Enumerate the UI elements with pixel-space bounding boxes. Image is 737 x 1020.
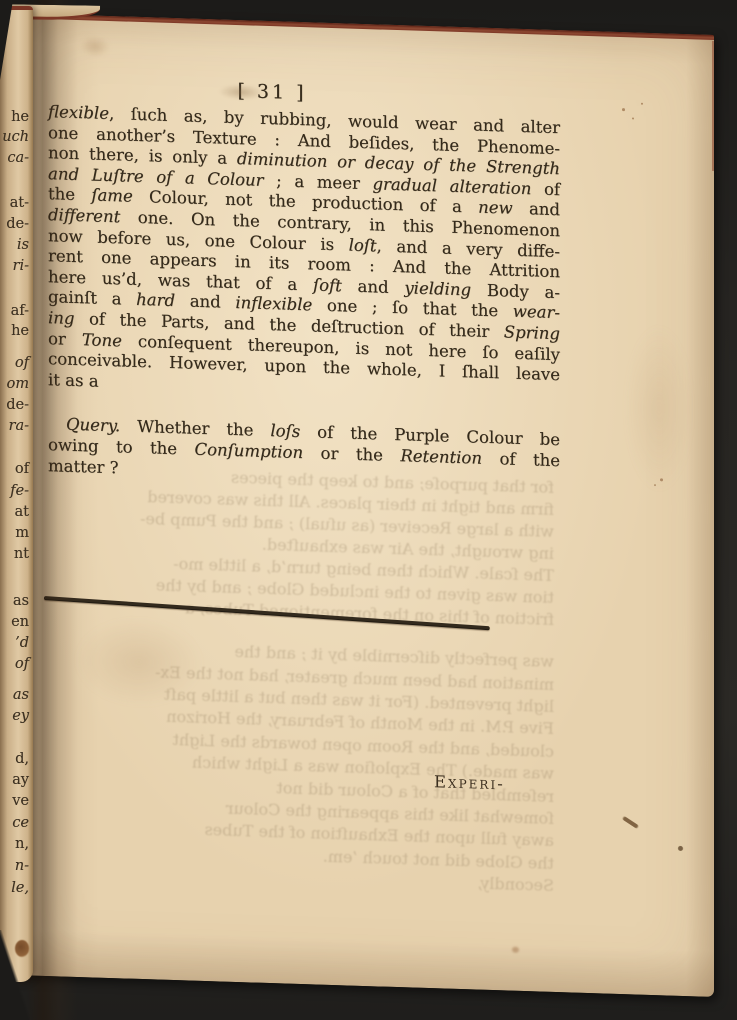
paragraph: Query. Whether the loſs of the Purple Co…	[48, 414, 560, 492]
book-page: for that purpoſe; and to keep the pieces…	[14, 13, 714, 997]
text-segment: ; a meer	[264, 171, 373, 193]
bleedthrough-line: Five P.M. in the Month of February, the …	[34, 703, 554, 738]
text-segment: Body a-	[471, 280, 560, 302]
stain	[632, 117, 634, 119]
bleedthrough-line: away full upon the Exhauſtion of the Tub…	[34, 815, 554, 850]
stain	[15, 940, 29, 957]
stain	[654, 484, 656, 486]
stain	[80, 35, 110, 58]
facing-fragment: ay	[12, 773, 29, 788]
facing-fragment: uch	[2, 130, 29, 145]
text-segment: Query.	[66, 415, 120, 436]
facing-fragment: n-	[15, 859, 29, 874]
hand-drawn-rule	[44, 596, 490, 630]
text-segment: different	[48, 205, 120, 226]
facing-fragment: nt	[14, 547, 29, 562]
facing-fragment: at-	[10, 196, 29, 211]
bleedthrough-line: with a large Receiver (as uſual) ; and t…	[34, 506, 554, 541]
text-block: [ 31 ] flexible, ſuch as, by rubbing, wo…	[48, 74, 560, 492]
bleedthrough-line: friction of this on the forementioned Tu…	[34, 594, 554, 629]
stain	[622, 108, 625, 111]
text-segment: Whether the	[120, 417, 270, 441]
facing-fragment: ey	[12, 709, 29, 724]
red-stained-fore-edge	[712, 41, 714, 171]
text-segment: wear-	[513, 302, 560, 322]
text-segment: new	[478, 198, 513, 218]
text-segment: hard	[136, 290, 175, 310]
stain	[622, 816, 639, 829]
facing-fragment: he	[11, 110, 29, 125]
text-segment: loſs	[270, 421, 300, 441]
facing-fragment: as	[13, 594, 29, 609]
text-segment: Conſumption	[194, 440, 303, 462]
catchword: Experi-	[434, 772, 505, 793]
bleedthrough-line: The ſcale. Which then being turn’d, a li…	[34, 550, 554, 585]
facing-fragment: of	[15, 356, 29, 371]
text-segment: of the	[482, 449, 560, 470]
facing-fragment: n,	[15, 837, 29, 852]
book-scan: for that purpoſe; and to keep the pieces…	[0, 0, 737, 1020]
text-segment: owing to the	[48, 435, 194, 459]
text-segment: and	[175, 291, 235, 312]
facing-page-sliver: heuchca-at-de-isri-af-heofomde-ra-offe-a…	[0, 6, 33, 982]
stain	[660, 478, 663, 481]
stain	[74, 615, 204, 709]
facing-fragment: ’d	[15, 636, 29, 651]
facing-fragment: is	[17, 238, 29, 253]
facing-fragment: he	[11, 324, 29, 339]
bleedthrough-line: the Globe did not touch ’em.	[34, 838, 554, 873]
text-segment: yielding	[404, 278, 471, 299]
text-segment: it as a	[48, 370, 99, 391]
paragraphs: flexible, ſuch as, by rubbing, would wea…	[48, 102, 560, 492]
text-segment: inflexible	[235, 293, 312, 314]
text-segment: ing	[48, 308, 74, 328]
text-segment: Spring	[504, 322, 560, 343]
stain	[624, 322, 694, 494]
red-stained-top-edge	[14, 13, 714, 40]
facing-fragment: m	[15, 526, 29, 541]
bleedthrough-line: clouded, and the Room open towards the L…	[34, 726, 554, 761]
facing-fragment: de-	[6, 398, 29, 413]
facing-fragment: d,	[15, 752, 29, 767]
text-segment: the	[48, 184, 91, 204]
text-segment: and	[513, 199, 560, 219]
stain	[641, 103, 643, 105]
facing-fragment: en	[11, 615, 29, 630]
stain	[678, 846, 683, 851]
facing-fragment: fe-	[10, 484, 29, 499]
bleedthrough-line: light prevented. (For it was then but a …	[34, 681, 554, 716]
text-segment: loſt	[349, 235, 377, 255]
text-segment: flexible	[48, 102, 109, 123]
stain	[512, 947, 519, 953]
bleedthrough-line: was perfectly diſcernible by it ; and th…	[34, 636, 554, 671]
bleedthrough-line: Secondly,	[34, 860, 554, 895]
text-segment: ſoft	[313, 275, 342, 295]
text-segment: of	[531, 179, 560, 199]
facing-fragment: ri-	[13, 259, 29, 274]
facing-fragment: as	[13, 688, 29, 703]
text-segment: and	[342, 276, 405, 297]
facing-fragment: of	[15, 657, 29, 672]
text-segment: Retention	[400, 446, 482, 468]
facing-fragment: ce	[12, 816, 29, 831]
bleedthrough-line: mination had been much greater, had not …	[34, 659, 554, 694]
facing-fragment: de-	[6, 217, 29, 232]
facing-fragment: af-	[11, 304, 29, 319]
bleedthrough-line: ſomewhat like this appearing the Colour	[34, 793, 554, 828]
binding-corner-top	[0, 0, 13, 80]
text-segment: ſame	[91, 186, 132, 206]
facing-fragment: le,	[11, 881, 29, 896]
paragraph: flexible, ſuch as, by rubbing, would wea…	[48, 102, 560, 406]
facing-fragment: ca-	[7, 151, 29, 166]
text-segment: Tone	[82, 330, 122, 350]
bleedthrough-line: ing wrought, the Air was exhauſted.	[34, 528, 554, 563]
facing-fragment: of	[15, 462, 29, 477]
text-segment: gainſt a	[48, 287, 136, 309]
facing-fragment: ra-	[9, 419, 29, 434]
text-segment: or	[48, 329, 82, 349]
facing-fragment: at	[15, 505, 29, 520]
facing-fragment: om	[7, 377, 29, 392]
text-segment: or the	[303, 443, 400, 465]
text-segment: matter ?	[48, 456, 119, 477]
facing-fragment: ve	[12, 794, 29, 809]
